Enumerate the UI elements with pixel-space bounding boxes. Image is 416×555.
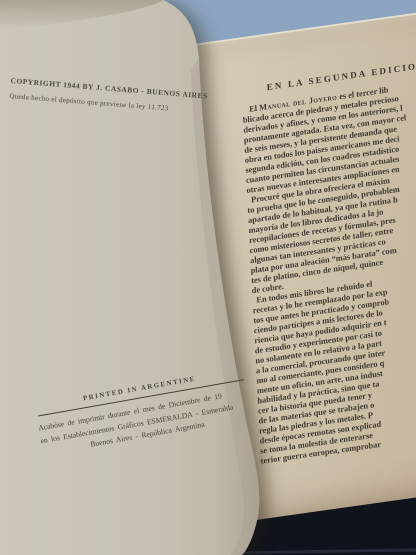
book-photo: EN LA SEGUNDA EDICION El Manual del Joye… (0, 0, 416, 555)
